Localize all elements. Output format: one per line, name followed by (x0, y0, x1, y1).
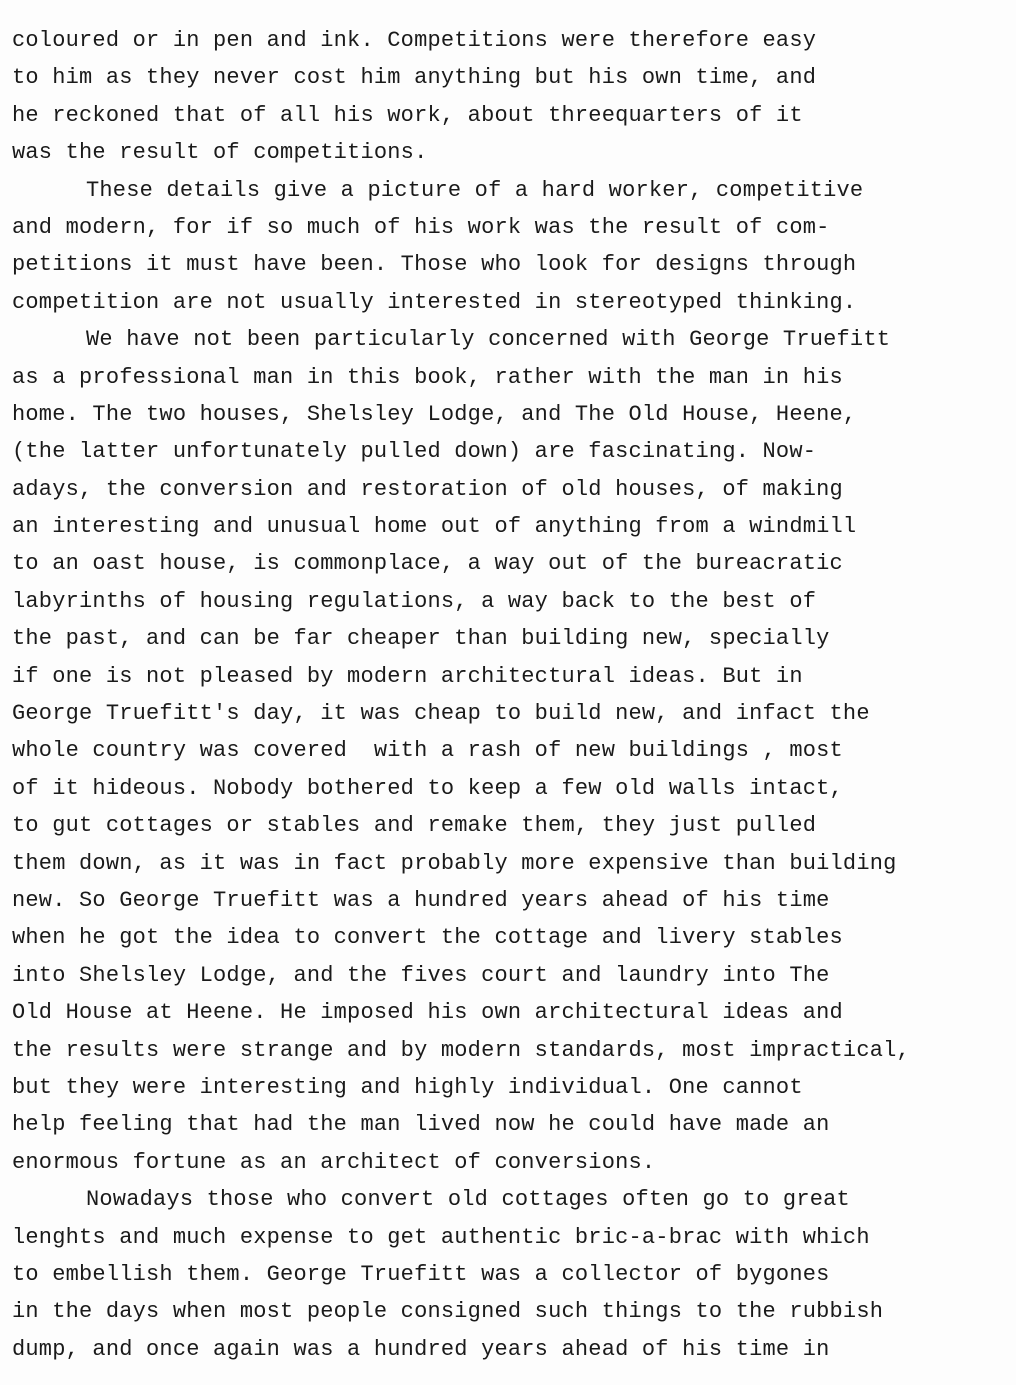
text-line: labyrinths of housing regulations, a way… (12, 583, 1012, 620)
text-line: adays, the conversion and restoration of… (12, 471, 1012, 508)
text-line: Old House at Heene. He imposed his own a… (12, 994, 1012, 1031)
text-line: dump, and once again was a hundred years… (12, 1331, 1012, 1368)
text-line: to gut cottages or stables and remake th… (12, 807, 1012, 844)
text-line: help feeling that had the man lived now … (12, 1106, 1012, 1143)
document-page: coloured or in pen and ink. Competitions… (0, 0, 1016, 1385)
body-text: coloured or in pen and ink. Competitions… (12, 22, 1012, 1368)
text-line: but they were interesting and highly ind… (12, 1069, 1012, 1106)
text-line: whole country was covered with a rash of… (12, 732, 1012, 769)
paragraph: Nowadays those who convert old cottages … (12, 1181, 1012, 1368)
text-line: to embellish them. George Truefitt was a… (12, 1256, 1012, 1293)
text-line: enormous fortune as an architect of conv… (12, 1144, 1012, 1181)
text-line: to him as they never cost him anything b… (12, 59, 1012, 96)
text-line: petitions it must have been. Those who l… (12, 246, 1012, 283)
text-line: as a professional man in this book, rath… (12, 359, 1012, 396)
text-line: (the latter unfortunately pulled down) a… (12, 433, 1012, 470)
text-line: coloured or in pen and ink. Competitions… (12, 22, 1012, 59)
text-line: competition are not usually interested i… (12, 284, 1012, 321)
text-line: the results were strange and by modern s… (12, 1032, 1012, 1069)
paragraph: These details give a picture of a hard w… (12, 172, 1012, 322)
text-line: when he got the idea to convert the cott… (12, 919, 1012, 956)
paragraph: We have not been particularly concerned … (12, 321, 1012, 1181)
text-line: George Truefitt's day, it was cheap to b… (12, 695, 1012, 732)
text-line: in the days when most people consigned s… (12, 1293, 1012, 1330)
paragraph: coloured or in pen and ink. Competitions… (12, 22, 1012, 172)
text-line: if one is not pleased by modern architec… (12, 658, 1012, 695)
text-line: home. The two houses, Shelsley Lodge, an… (12, 396, 1012, 433)
text-line: them down, as it was in fact probably mo… (12, 845, 1012, 882)
text-line: the past, and can be far cheaper than bu… (12, 620, 1012, 657)
text-line: These details give a picture of a hard w… (12, 172, 1012, 209)
text-line: an interesting and unusual home out of a… (12, 508, 1012, 545)
text-line: Nowadays those who convert old cottages … (12, 1181, 1012, 1218)
text-line: he reckoned that of all his work, about … (12, 97, 1012, 134)
text-line: We have not been particularly concerned … (12, 321, 1012, 358)
text-line: new. So George Truefitt was a hundred ye… (12, 882, 1012, 919)
text-line: was the result of competitions. (12, 134, 1012, 171)
text-line: and modern, for if so much of his work w… (12, 209, 1012, 246)
text-line: into Shelsley Lodge, and the fives court… (12, 957, 1012, 994)
text-line: to an oast house, is commonplace, a way … (12, 545, 1012, 582)
text-line: lenghts and much expense to get authenti… (12, 1219, 1012, 1256)
text-line: of it hideous. Nobody bothered to keep a… (12, 770, 1012, 807)
